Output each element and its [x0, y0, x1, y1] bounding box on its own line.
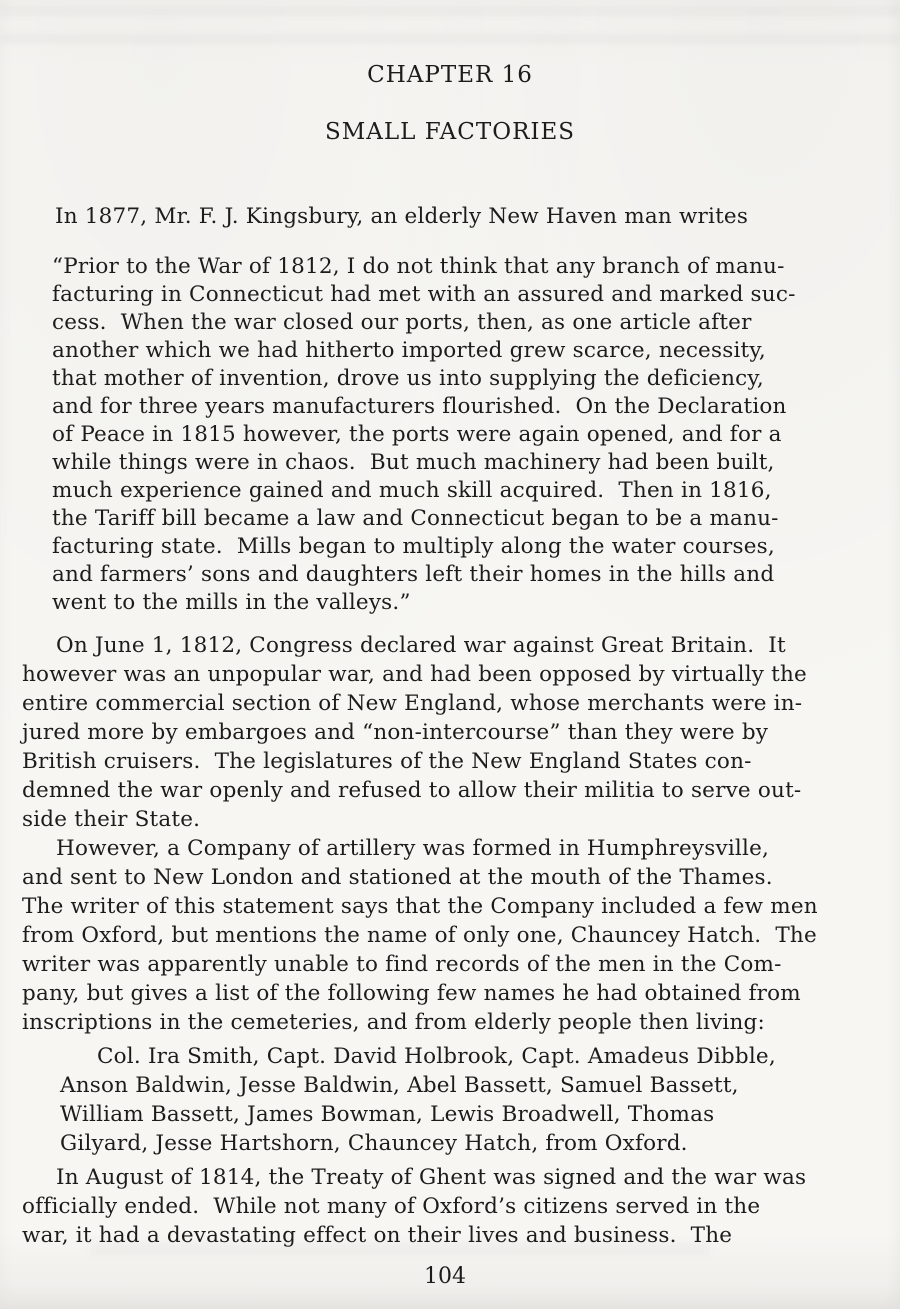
paragraph-war-declared: On June 1, 1812, Congress declared war a…	[22, 631, 875, 834]
paragraph-artillery-company: However, a Company of artillery was form…	[22, 834, 875, 1037]
intro-paragraph: In 1877, Mr. F. J. Kingsbury, an elderly…	[22, 202, 875, 231]
chapter-title: SMALL FACTORIES	[0, 119, 900, 145]
kingsbury-quote-block: “Prior to the War of 1812, I do not thin…	[52, 253, 860, 617]
militia-names-list: Col. Ira Smith, Capt. David Holbrook, Ca…	[60, 1042, 875, 1158]
chapter-heading: CHAPTER 16	[0, 62, 900, 88]
scan-showthrough-artifact	[0, 6, 900, 52]
page-number: 104	[0, 1262, 890, 1291]
paragraph-treaty-ghent: In August of 1814, the Treaty of Ghent w…	[22, 1163, 875, 1250]
scanned-book-page: CHAPTER 16 SMALL FACTORIES In 1877, Mr. …	[0, 0, 900, 1309]
